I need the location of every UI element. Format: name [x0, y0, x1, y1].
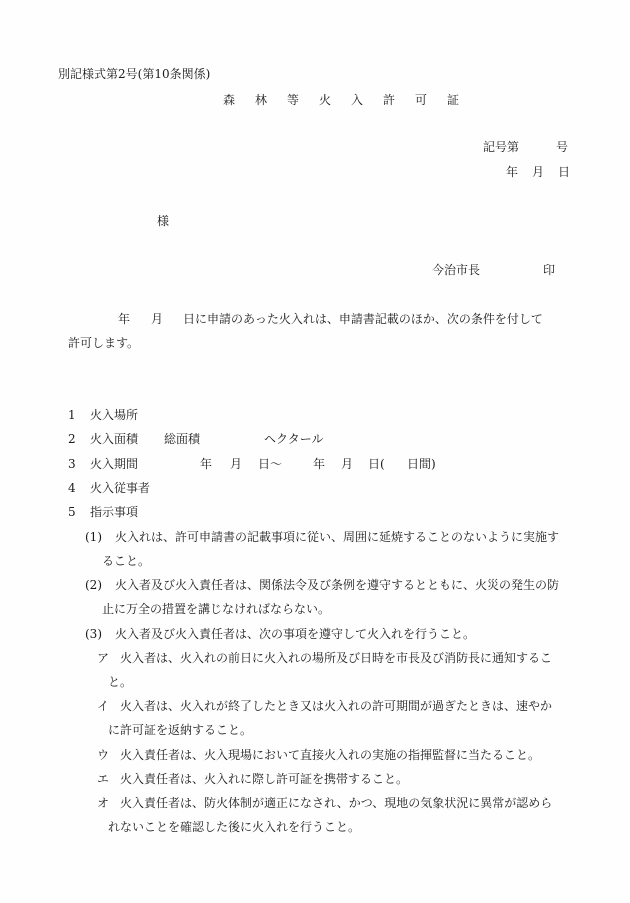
sub-instruction-o-line2: れないことを確認した後に火入れを行うこと。 [108, 820, 360, 834]
instruction-3-line1: 火入者及び火入責任者は、次の事項を遵守して火入れを行うこと。 [115, 627, 475, 641]
instruction-2-line2: 止に万全の措置を講じなければならない。 [102, 602, 330, 616]
date-month: 月 [532, 165, 544, 179]
item-3-number: 3 [68, 457, 76, 471]
instruction-2-number: (2) [85, 578, 102, 592]
intro-month: 月 [151, 312, 163, 326]
sub-instruction-a-line1: 火入者は、火入れの前日に火入れの場所及び日時を市長及び消防長に通知するこ [120, 651, 552, 665]
sub-instruction-u-number: ウ [97, 748, 109, 762]
item-2-sublabel: 総面積 [164, 432, 200, 446]
sub-instruction-o-number: オ [97, 796, 109, 810]
date-day: 日 [558, 165, 570, 179]
item-3-days: 日間) [407, 457, 436, 471]
item-4-number: 4 [68, 481, 76, 495]
item-1-label: 火入場所 [90, 408, 138, 422]
title-char: 火 [319, 93, 351, 107]
sub-instruction-i-number: イ [97, 699, 109, 713]
title-char: 入 [351, 93, 383, 107]
sub-instruction-e-number: エ [97, 772, 109, 786]
title-char: 許 [383, 93, 415, 107]
sub-instruction-i-line1: 火入者は、火入れが終了したとき又は火入れの許可期間が過ぎたときは、速やか [120, 699, 552, 713]
title-char: 等 [287, 93, 319, 107]
item-3-start-month: 月 [230, 457, 242, 471]
instruction-2-line1: 火入者及び火入責任者は、関係法令及び条例を遵守するとともに、火災の発生の防 [115, 578, 559, 592]
item-5-number: 5 [68, 505, 76, 519]
item-4-label: 火入従事者 [90, 481, 150, 495]
instruction-3-number: (3) [85, 627, 102, 641]
instruction-1-line2: ること。 [102, 554, 150, 568]
record-number-prefix: 記号第 [483, 140, 519, 154]
item-3-end-day: 日( [368, 457, 385, 471]
document-title: 森林等火入許可証 [223, 93, 479, 107]
addressee-honorific: 様 [157, 214, 169, 228]
item-2-number: 2 [68, 432, 76, 446]
title-char: 可 [415, 93, 447, 107]
item-3-start-day: 日〜 [258, 457, 282, 471]
issuer-name: 今治市長 [432, 263, 480, 277]
title-char: 証 [447, 93, 479, 107]
instruction-1-number: (1) [85, 530, 102, 544]
date-year: 年 [506, 165, 518, 179]
sub-instruction-o-line1: 火入責任者は、防火体制が適正になされ、かつ、現地の気象状況に異常が認めら [120, 796, 552, 810]
record-number-suffix: 号 [556, 140, 568, 154]
intro-year: 年 [118, 312, 130, 326]
item-3-end-month: 月 [341, 457, 353, 471]
document-page: 別記様式第2号(第10条関係) 森林等火入許可証 記号第 号 年 月 日 様 今… [0, 0, 630, 903]
title-char: 森 [223, 93, 255, 107]
item-2-label: 火入面積 [90, 432, 138, 446]
item-3-label: 火入期間 [90, 457, 138, 471]
sub-instruction-u-line1: 火入責任者は、火入現場において直接火入れの実施の指揮監督に当たること。 [120, 748, 540, 762]
form-label: 別記様式第2号(第10条関係) [58, 67, 210, 81]
item-5-label: 指示事項 [90, 505, 138, 519]
sub-instruction-a-number: ア [97, 651, 109, 665]
title-char: 林 [255, 93, 287, 107]
issuer-seal: 印 [543, 263, 555, 277]
item-3-end-year: 年 [313, 457, 325, 471]
item-1-number: 1 [68, 408, 76, 422]
intro-line1: 日に申請のあった火入れは、申請書記載のほか、次の条件を付して [183, 312, 543, 326]
intro-line2: 許可します。 [68, 336, 139, 350]
item-3-start-year: 年 [200, 457, 212, 471]
sub-instruction-a-line2: と。 [108, 675, 132, 689]
sub-instruction-i-line2: に許可証を返納すること。 [108, 723, 252, 737]
sub-instruction-e-line1: 火入責任者は、火入れに際し許可証を携帯すること。 [120, 772, 408, 786]
instruction-1-line1: 火入れは、許可申請書の記載事項に従い、周囲に延焼することのないように実施す [115, 530, 559, 544]
item-2-unit: ヘクタール [264, 432, 324, 446]
